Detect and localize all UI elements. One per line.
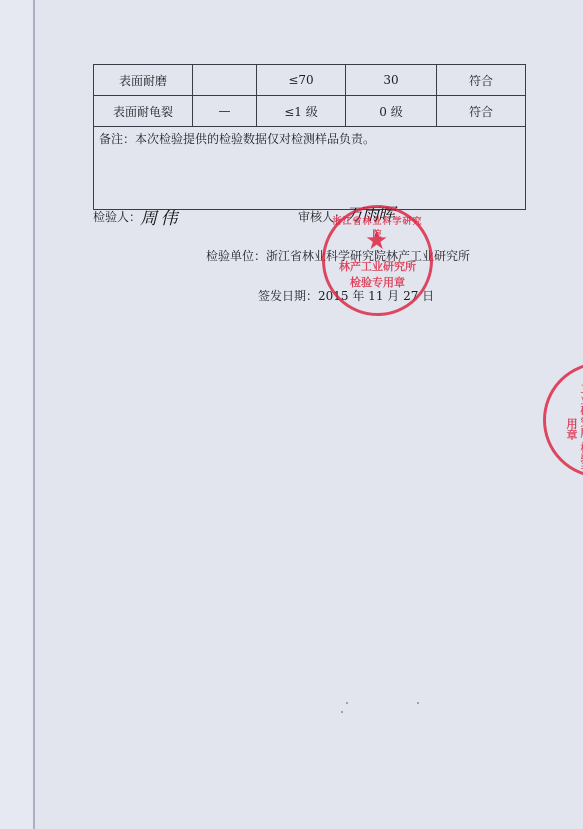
inspector-signature: 周 伟: [140, 204, 176, 229]
stamp-line-2: 检验专用章: [331, 274, 424, 290]
seam-stamp-text: 工业研究所 检验专用章: [552, 383, 583, 475]
standard-cell: ≤70: [257, 65, 346, 96]
item-cell: 表面耐龟裂: [94, 96, 193, 127]
unit-cell: —: [193, 96, 257, 127]
scan-speck: [341, 711, 343, 713]
scan-speck: [346, 702, 348, 704]
conclusion-cell: 符合: [437, 65, 526, 96]
note-text: 备注：本次检验提供的检验数据仅对检测样品负责。: [94, 127, 526, 210]
inspector-label: 检验人：: [93, 208, 141, 225]
result-cell: 30: [346, 65, 437, 96]
conclusion-cell: 符合: [437, 96, 526, 127]
seam-stamp: 工业研究所 检验专用章: [543, 362, 583, 478]
star-icon: ★: [365, 228, 388, 254]
unit-cell: [193, 65, 257, 96]
page-edge: [33, 0, 35, 829]
result-cell: 0 级: [346, 96, 437, 127]
item-cell: 表面耐磨: [94, 65, 193, 96]
note-row: 备注：本次检验提供的检验数据仅对检测样品负责。: [94, 127, 526, 210]
standard-cell: ≤1 级: [257, 96, 346, 127]
date-label: 签发日期：: [258, 289, 318, 303]
inspection-table: 表面耐磨 ≤70 30 符合 表面耐龟裂 — ≤1 级 0 级 符合 备注：本次…: [93, 64, 526, 210]
scan-margin: [0, 0, 33, 829]
unit-label: 检验单位：: [206, 249, 266, 263]
scan-speck: [417, 702, 419, 704]
stamp-line-1: 林产工业研究所: [331, 258, 424, 274]
official-stamp: 浙江省林业科学研究院 ★ 林产工业研究所 检验专用章: [322, 205, 433, 316]
table-row: 表面耐龟裂 — ≤1 级 0 级 符合: [94, 96, 526, 127]
table-row: 表面耐磨 ≤70 30 符合: [94, 65, 526, 96]
